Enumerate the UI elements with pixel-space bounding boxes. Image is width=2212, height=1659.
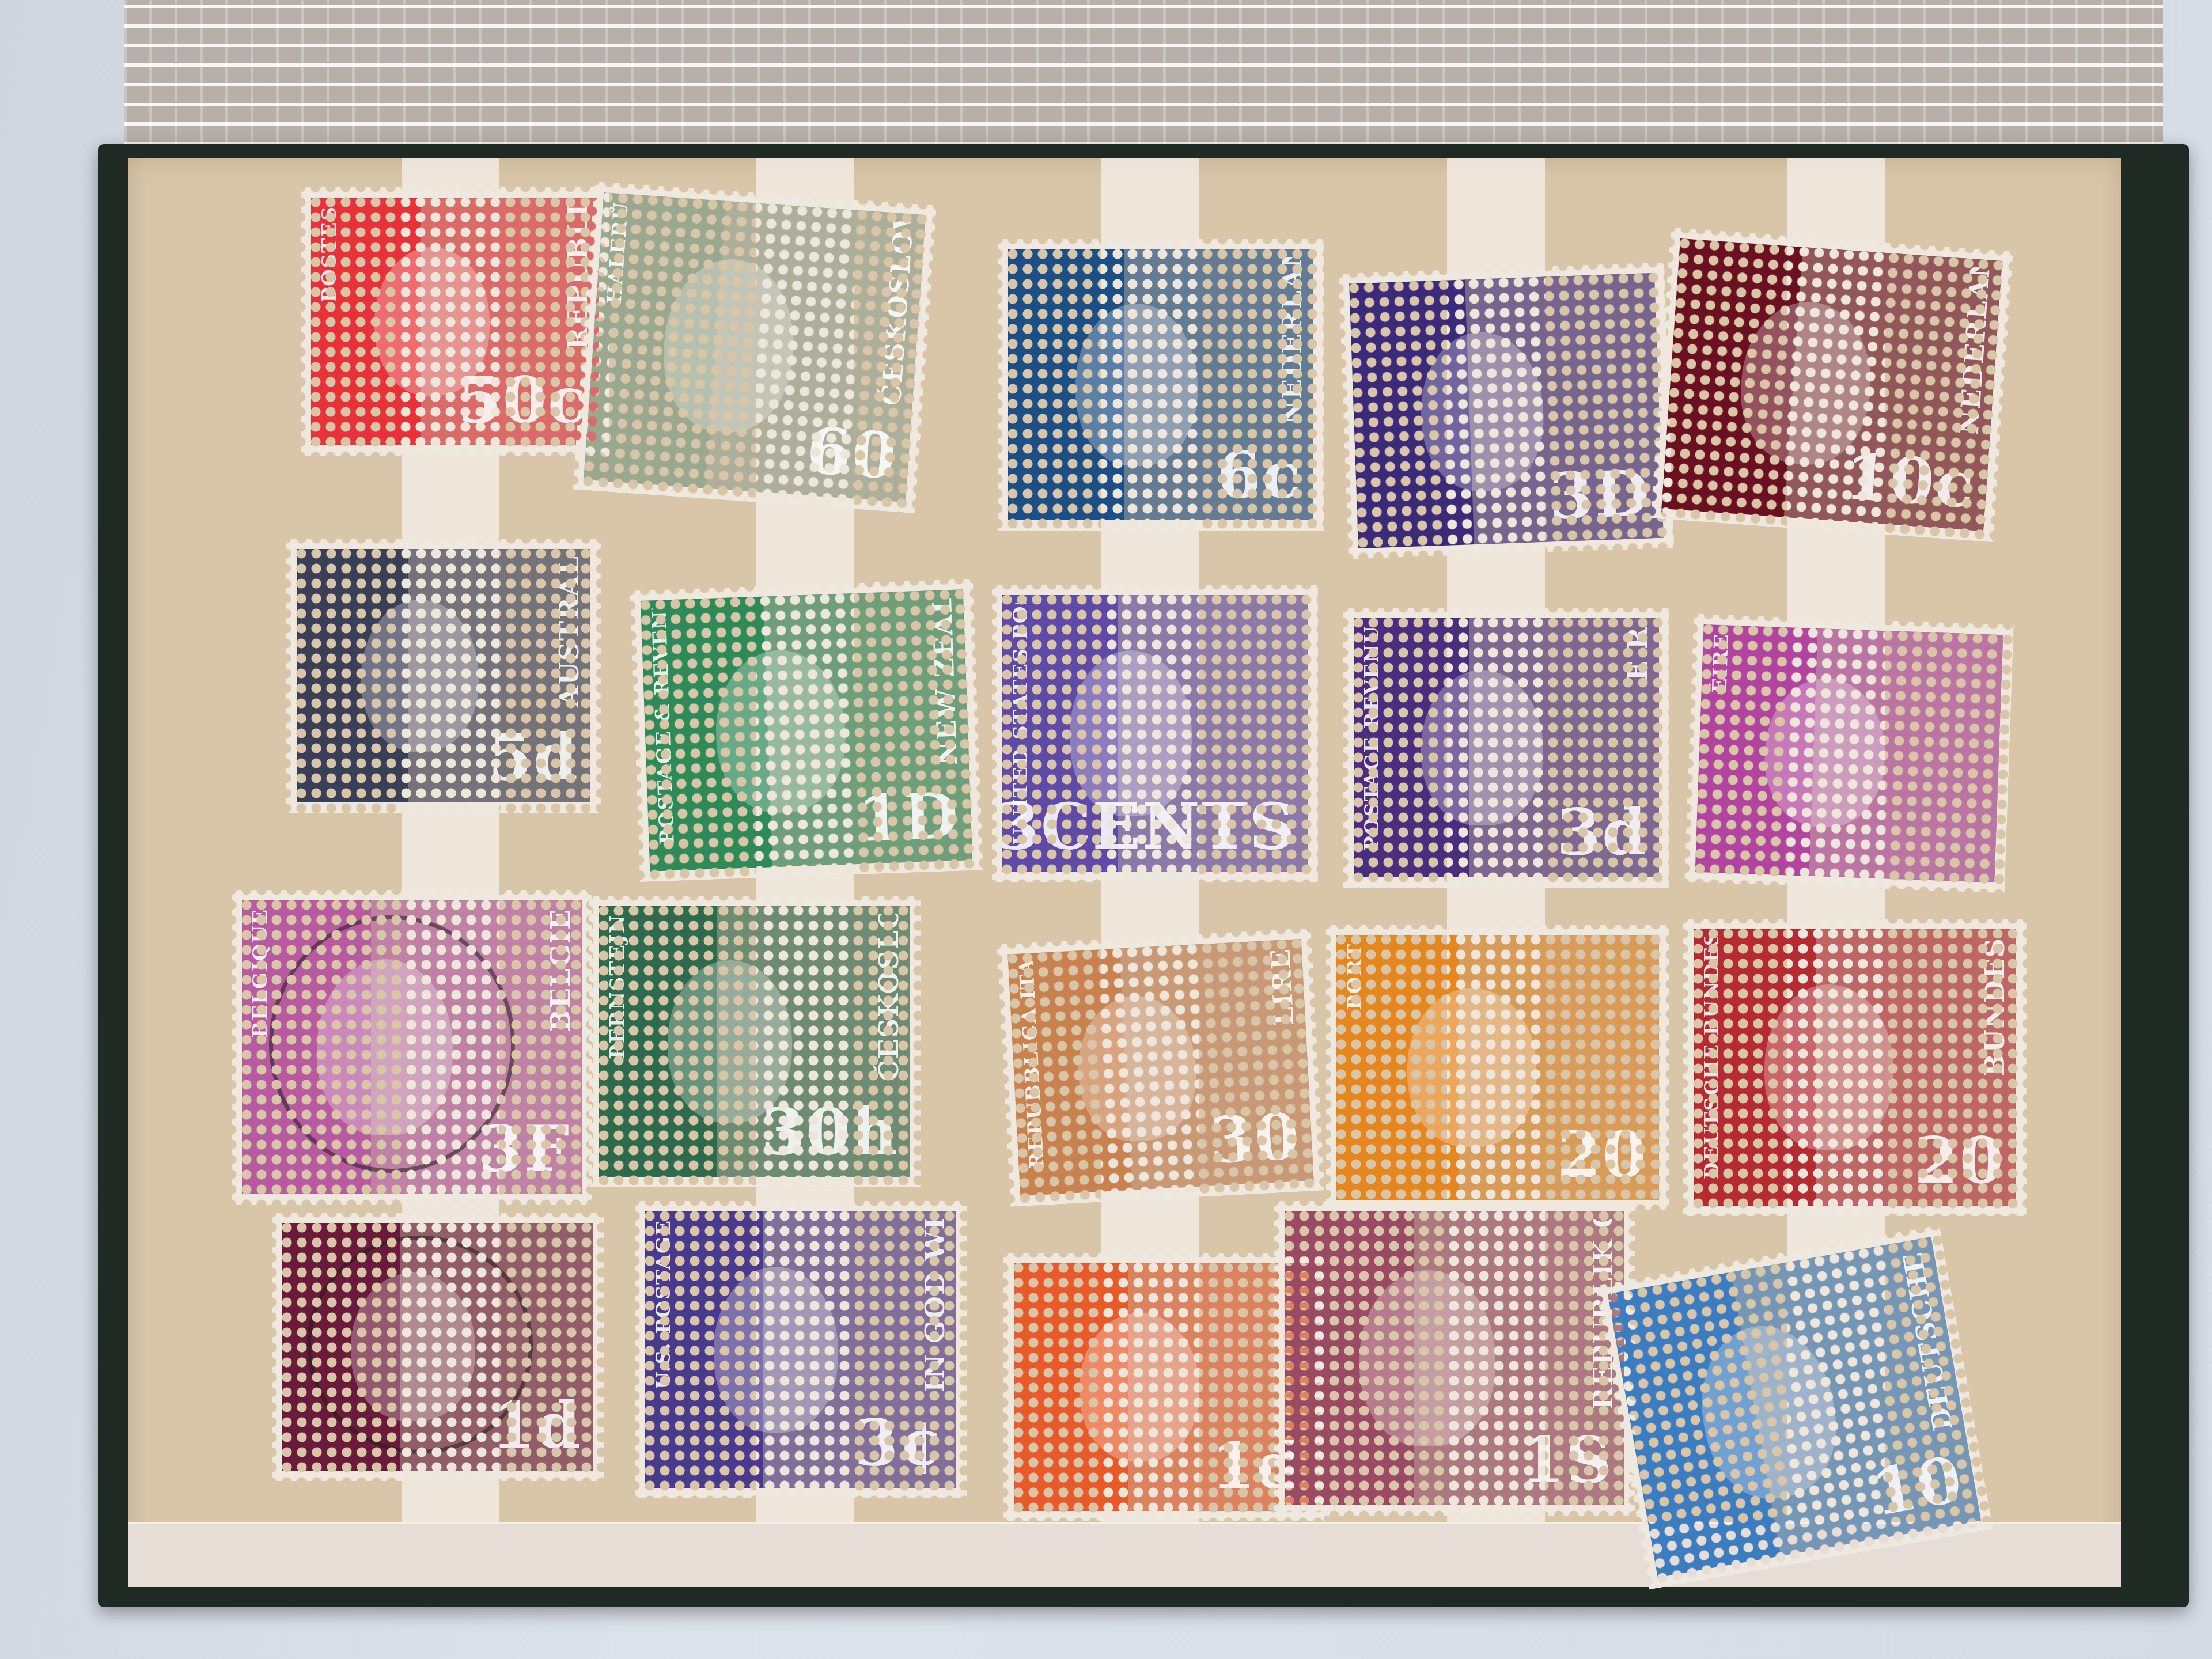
stamp-east-germany: 10DEUTSCHE DEMOKRATISCHE REPUBLIK: [1596, 1225, 1993, 1589]
stamp-netherlands: 20PORT: [1326, 925, 1669, 1210]
stamp-label-text: PERNŠTEJN: [606, 914, 629, 1059]
stamp-great-britain: 3D: [1339, 262, 1675, 559]
stamp-denomination: 3¢: [854, 1406, 945, 1480]
stamp-czechoslovakia: 60ČESKOSLOVENSKOHALÉŘŮ: [573, 181, 937, 513]
stamp-portrait-icon: [714, 1267, 838, 1433]
stamp-face: 30hČESKOSLOVENSKOPERNŠTEJN: [599, 906, 910, 1177]
stamp-face: 1DNEW ZEALANDPOSTAGE & REVENUE: [641, 589, 972, 871]
stamp-denomination: 6c: [1217, 438, 1302, 512]
stamp-netherlands: 6cNEDERLAND: [998, 239, 1324, 531]
stamp-denomination: 3D: [1548, 456, 1652, 533]
stamp-face: ÉIRE: [1695, 624, 2003, 882]
stamp-denomination: 30: [1207, 1099, 1302, 1178]
stamp-label-text: POSTES: [318, 206, 341, 302]
stamp-australia: 5dAUSTRALIA: [286, 539, 601, 813]
stamp-country-text: BUNDES: [1979, 937, 2010, 1076]
stamp-denomination: 20: [1557, 1118, 1647, 1192]
stamp-denomination: 10: [1866, 1441, 1968, 1530]
stamp-face: 3FBELGIEBELGIQUE: [242, 900, 582, 1194]
stamp-face: 1d: [282, 1223, 593, 1471]
stamp-portrait-icon: [1763, 676, 1888, 829]
stamp-austria: 1SREPUBLIK ÖSTERREICH: [1274, 1201, 1635, 1516]
stamp-country-text: AUSTRALIA: [554, 557, 585, 707]
stamp-great-britain: 1d: [272, 1213, 604, 1481]
stamp-portrait-icon: [658, 255, 799, 436]
stamp-country-text: NEDERLAND: [1277, 257, 1308, 425]
stamp-label-text: PORT: [1343, 943, 1366, 1010]
stamp-netherlands: 10cNEDERLAND: [1650, 228, 2013, 542]
stamp-country-text: E R: [1622, 626, 1653, 681]
stamp-denomination: 50c: [457, 363, 588, 437]
stamp-label-text: U.S. POSTAGE: [652, 1219, 675, 1389]
stamp-face: 6cNEDERLAND: [1008, 249, 1313, 520]
stamp-denomination: 60: [804, 413, 900, 494]
stamp-country-text: ČESKOSLOVENSKO: [876, 221, 919, 407]
stamp-face: 1d: [1014, 1263, 1313, 1511]
stamp-face: 20BUNDESDEUTSCHE BUNDESPOST: [1694, 929, 2016, 1206]
stamp-face: 60ČESKOSLOVENSKOHALÉŘŮ: [584, 192, 926, 502]
stamp-denomination: 5d: [488, 720, 579, 794]
stamp-italy: 30LIREREPUBBLICA ITALIANA: [997, 928, 1324, 1207]
stamp-france: 50cREPUBLIQUE FRANÇAISEPOSTES: [301, 187, 609, 456]
stamp-czechoslovakia: 30hČESKOSLOVENSKOPERNŠTEJN: [589, 896, 921, 1187]
stamp-portrait-icon: [1421, 670, 1543, 825]
stamp-denomination: 3CENTS: [1002, 789, 1296, 863]
postmark-cancel: [269, 915, 515, 1173]
stamp-denomination: 3F: [479, 1112, 570, 1186]
stamp-country-text: BELGIE: [545, 908, 576, 1032]
stamp-portrait-icon: [713, 648, 848, 815]
stamp-portrait-icon: [1764, 984, 1893, 1150]
stamp-country-text: NEW ZEALAND: [926, 598, 963, 766]
stamp-label-text: HALÉŘŮ: [603, 201, 633, 305]
stamp-denomination: 1D: [857, 778, 960, 856]
stamp-face: 20PORT: [1336, 935, 1659, 1200]
stamp-face: 3CENTSUNITED STATES POSTAGE: [1002, 595, 1308, 872]
stamp-face: 5dAUSTRALIA: [297, 549, 590, 802]
stamp-label-text: POSTAGE REVENUE: [1361, 626, 1384, 851]
stamp-face: 10cNEDERLAND: [1661, 238, 2002, 531]
stamp-country-text: NEDERLAND: [1953, 267, 1996, 435]
stamp-portrait-icon: [1359, 1270, 1495, 1446]
stamp-country-text: ČESKOSLOVENSKO: [873, 914, 904, 1081]
stamp-face: 3D: [1349, 273, 1664, 548]
stamp-face: 10DEUTSCHE DEMOKRATISCHE REPUBLIK: [1608, 1237, 1981, 1577]
stamp-country-text: LIRE: [1264, 947, 1300, 1027]
stamp-portrait-icon: [1080, 1313, 1199, 1461]
stamp-face: 30LIREREPUBBLICA ITALIANA: [1007, 939, 1313, 1196]
stamp-united-states: 3CENTSUNITED STATES POSTAGE: [992, 585, 1318, 882]
stamp-country-text: IN GOD WE TRUST · LIBERTY: [919, 1219, 950, 1392]
stamp-portrait-icon: [361, 600, 479, 752]
stamp-label-text: ÉIRE: [1709, 632, 1734, 693]
stamp-portrait-icon: [1418, 330, 1546, 493]
stamp-new-zealand: 1DNEW ZEALANDPOSTAGE & REVENUE: [630, 579, 983, 882]
stamp-united-states: 3¢IN GOD WE TRUST · LIBERTYU.S. POSTAGE: [635, 1201, 967, 1498]
stamp-country-text: DEUTSCHE DEMOKRATISCHE REPUBLIK: [1896, 1246, 1959, 1433]
stamp-denomination: 10c: [1842, 439, 1978, 522]
stamp-face: 3¢IN GOD WE TRUST · LIBERTYU.S. POSTAGE: [645, 1211, 956, 1488]
stamp-face: 1SREPUBLIK ÖSTERREICH: [1285, 1211, 1624, 1505]
stamp-denomination: 3d: [1557, 795, 1647, 869]
stamp-face: 3dE RPOSTAGE REVENUE: [1354, 618, 1659, 877]
stamp-label-text: REPUBBLICA ITALIANA: [1015, 961, 1049, 1169]
stamp-label-text: POSTAGE & REVENUE: [647, 608, 679, 844]
stamp-denomination: 1S: [1521, 1423, 1613, 1497]
stamp-portrait-icon: [1689, 1315, 1849, 1508]
stamp-great-britain: 3dE RPOSTAGE REVENUE: [1343, 608, 1669, 888]
stamp-portrait-icon: [1407, 988, 1536, 1147]
stamp-belgium: 3FBELGIEBELGIQUE: [232, 890, 592, 1205]
stamp-denomination: 20: [1914, 1123, 2005, 1198]
stamp-portrait-icon: [1075, 993, 1200, 1144]
stamp-face: 50cREPUBLIQUE FRANÇAISEPOSTES: [311, 198, 599, 445]
stamp-label-text: BELGIQUE: [249, 908, 272, 1038]
stamp-ireland: ÉIRE: [1684, 613, 2014, 893]
stamp-label-text: DEUTSCHE BUNDESPOST: [1700, 937, 1724, 1179]
postmark-cancel: [307, 1236, 533, 1455]
stamp-label-text: UNITED STATES POSTAGE: [1009, 603, 1032, 845]
stamp-portrait-icon: [1075, 304, 1198, 466]
stamp-germany: 20BUNDESDEUTSCHE BUNDESPOST: [1683, 919, 2027, 1216]
stamp-denomination: 30h: [761, 1094, 899, 1169]
stock-page: 50cREPUBLIQUE FRANÇAISEPOSTES60ČESKOSLOV…: [128, 158, 2121, 1587]
